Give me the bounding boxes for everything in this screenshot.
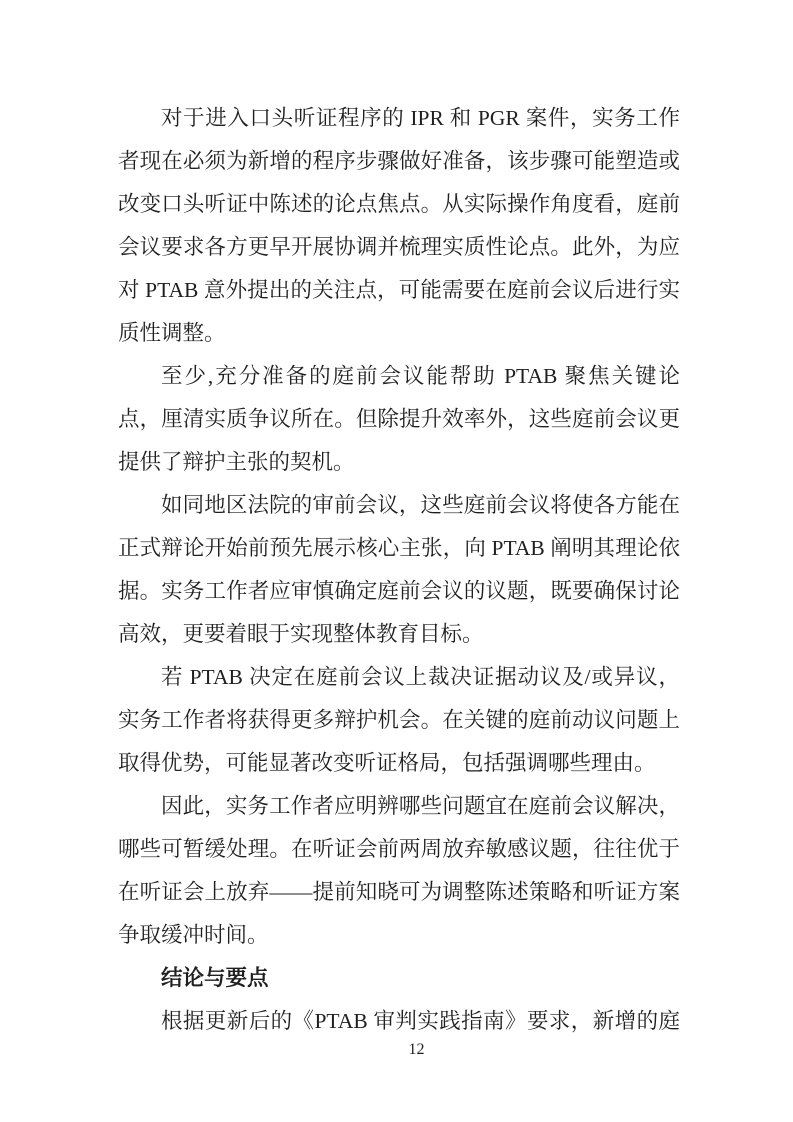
- paragraph: 如同地区法院的审前会议，这些庭前会议将使各方能在正式辩论开始前预先展示核心主张，…: [118, 484, 680, 656]
- section-heading: 结论与要点: [118, 957, 680, 1000]
- document-body: 对于进入口头听证程序的 IPR 和 PGR 案件，实务工作者现在必须为新增的程序…: [118, 97, 680, 1043]
- paragraph: 至少,充分准备的庭前会议能帮助 PTAB 聚焦关键论点，厘清实质争议所在。但除提…: [118, 355, 680, 484]
- paragraph: 根据更新后的《PTAB 审判实践指南》要求，新增的庭: [118, 1000, 680, 1043]
- paragraph: 若 PTAB 决定在庭前会议上裁决证据动议及/或异议，实务工作者将获得更多辩护机…: [118, 656, 680, 785]
- paragraph: 因此，实务工作者应明辨哪些问题宜在庭前会议解决，哪些可暂缓处理。在听证会前两周放…: [118, 785, 680, 957]
- paragraph: 对于进入口头听证程序的 IPR 和 PGR 案件，实务工作者现在必须为新增的程序…: [118, 97, 680, 355]
- page-number: 12: [40, 1041, 793, 1059]
- document-page: 对于进入口头听证程序的 IPR 和 PGR 案件，实务工作者现在必须为新增的程序…: [0, 0, 793, 1122]
